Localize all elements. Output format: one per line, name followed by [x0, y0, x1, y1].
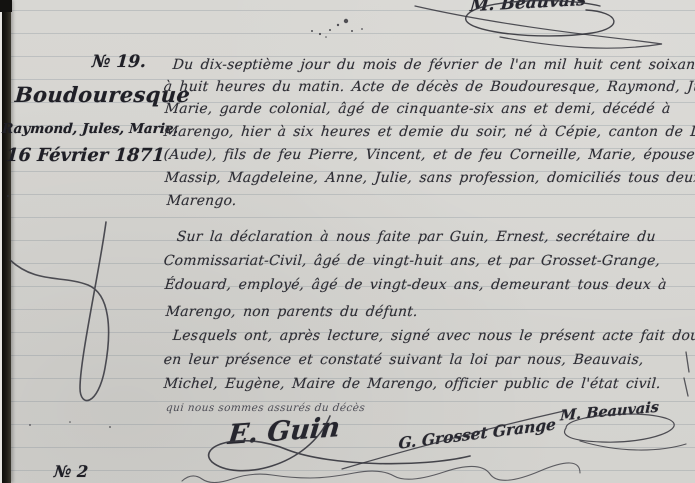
act-body-line: Du dix-septième jour du mois de février …: [172, 57, 695, 73]
register-page-scan: № 19. Boudouresque Raymond, Jules, Marie…: [0, 0, 695, 483]
act-number: № 19.: [91, 52, 146, 72]
act-body-line: (Aude), fils de feu Pierre, Vincent, et …: [163, 147, 695, 163]
act-body-line: Marengo, hier à six heures et demie du s…: [163, 124, 695, 140]
act-body-line: Michel, Eugène, Maire de Marengo, offici…: [163, 376, 661, 392]
act-body-line: Sur la déclaration à nous faite par Guin…: [176, 229, 656, 245]
act-body-line: Commissariat-Civil, âgé de vingt-huit an…: [163, 253, 661, 269]
act-body-line: Marie, garde colonial, âgé de cinquante-…: [164, 101, 671, 117]
book-binding-edge: [2, 0, 11, 483]
act-body-line: à huit heures du matin. Acte de décès de…: [163, 79, 695, 95]
act-body-line: Lesquels ont, après lecture, signé avec …: [172, 328, 695, 344]
act-body-line: Marengo.: [166, 193, 237, 209]
act-body-line: Massip, Magdeleine, Anne, Julie, sans pr…: [164, 170, 695, 186]
act-body-line: Édouard, employé, âgé de vingt-deux ans,…: [164, 277, 667, 293]
corner-ink-blot: [0, 0, 12, 12]
act-body-line: Marengo, non parents du défunt.: [165, 304, 418, 320]
margin-given-names: Raymond, Jules, Marie.: [1, 121, 178, 137]
next-act-number: № 2: [53, 462, 88, 481]
margin-date: 16 Février 1871: [5, 145, 165, 166]
act-body-line: en leur présence et constaté suivant la …: [163, 352, 644, 368]
